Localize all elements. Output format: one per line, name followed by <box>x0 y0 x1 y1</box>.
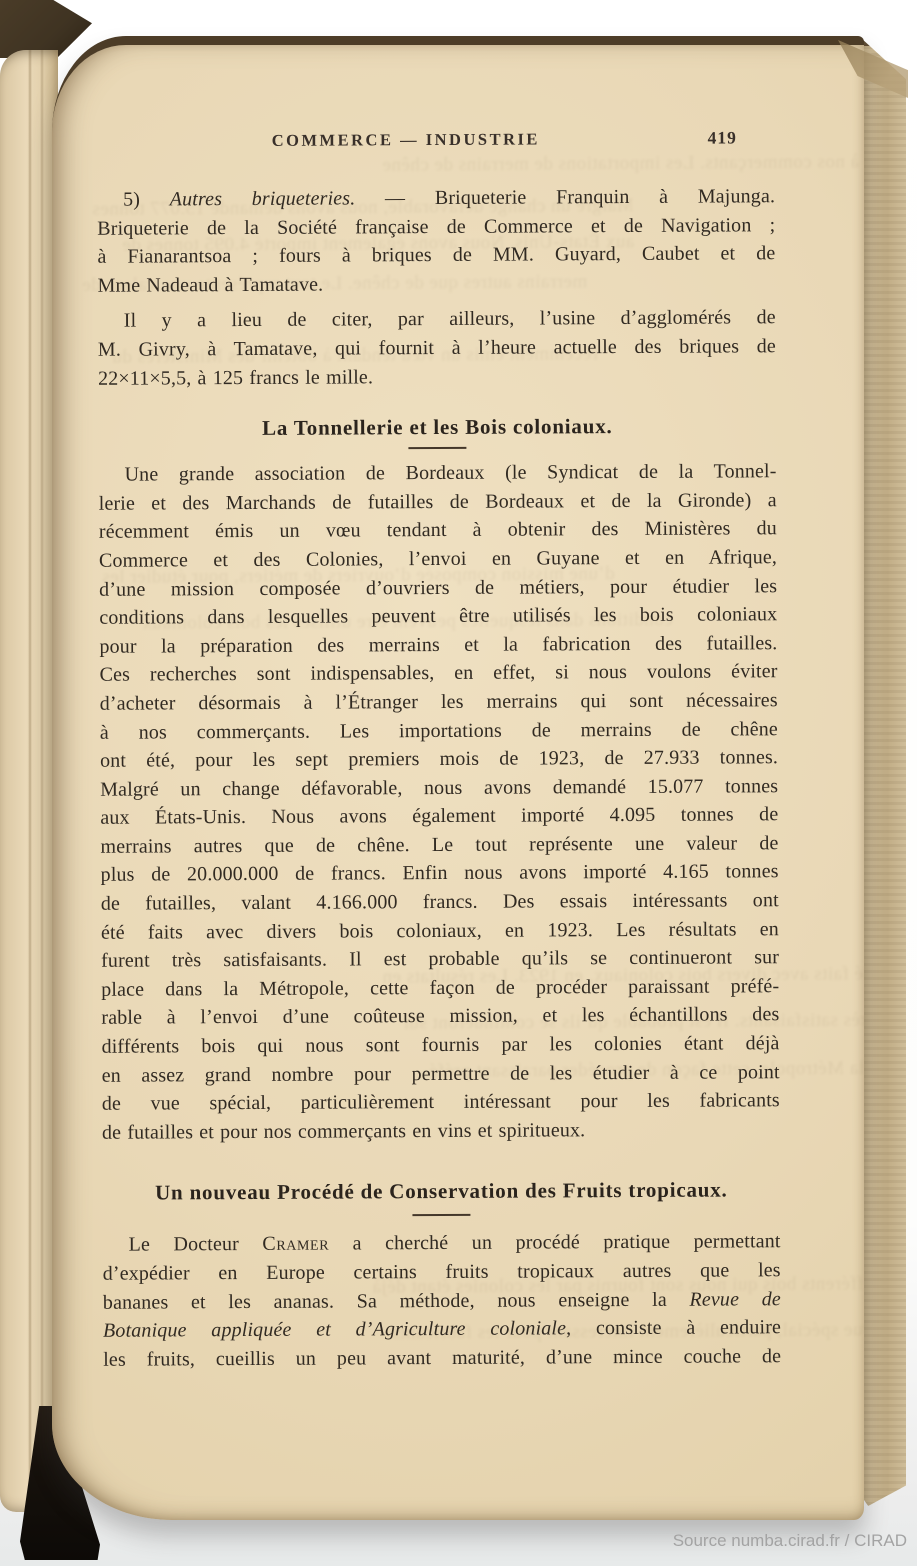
text-line: à Fianarantsoa ; fours à briques de MM. … <box>97 239 775 271</box>
text-line: Il y a lieu de citer, par ailleurs, l’us… <box>98 304 776 336</box>
plain-text: récemment émis un vœu tendant à obtenir … <box>99 518 777 544</box>
running-header: COMMERCE — INDUSTRIE 419 <box>97 128 775 156</box>
plain-text: bananes et les ananas. Sa méthode, nous … <box>103 1288 690 1313</box>
page-edges-left <box>0 50 58 1512</box>
italic-text: Revue de <box>689 1288 781 1310</box>
text-line: d’expédier en Europe certains fruits tro… <box>103 1256 781 1288</box>
text-line: pour la préparation des merrains et la f… <box>99 629 777 661</box>
section-heading: Un nouveau Procédé de Conservation des F… <box>102 1178 780 1207</box>
source-credit: Source numba.cirad.fr / CIRAD <box>673 1531 907 1551</box>
plain-text: M. Givry, à Tamatave, qui fournit à l’he… <box>98 335 776 361</box>
plain-text: Commerce et des Colonies, l’envoi en Guy… <box>99 546 777 572</box>
plain-text: d’expédier en Europe certains fruits tro… <box>103 1259 781 1285</box>
plain-text: de vue spécial, particulièrement intéres… <box>102 1089 780 1115</box>
text-line: de vue spécial, particulièrement intéres… <box>102 1086 780 1118</box>
text-line: plus de 20.000.000 de francs. Enfin nous… <box>101 858 779 890</box>
plain-text: , consiste à enduire <box>566 1316 781 1339</box>
text-line: Une grande association de Bordeaux (le S… <box>98 457 776 489</box>
text-line: 22×11×5,5, à 125 francs le mille. <box>98 361 776 393</box>
plain-text: plus de 20.000.000 de francs. Enfin nous… <box>101 861 779 887</box>
text-line: lerie et des Marchands de futailles de B… <box>99 486 777 518</box>
text-line: furent très satisfaisants. Il est probab… <box>101 943 779 975</box>
plain-text: conditions dans lesquelles peuvent être … <box>99 603 777 629</box>
plain-text: Briqueterie de la Société française de C… <box>97 214 775 240</box>
plain-text: été faits avec divers bois coloniaux, en… <box>101 918 779 944</box>
text-line: ont été, pour les sept premiers mois de … <box>100 743 778 775</box>
plain-text: d’une mission composée d’ouvriers de mét… <box>99 575 777 601</box>
heading-rule <box>408 447 466 449</box>
running-header-title: COMMERCE — INDUSTRIE <box>97 129 715 152</box>
text-line: d’acheter désormais à l’Étranger les mer… <box>100 686 778 718</box>
text-line: conditions dans lesquelles peuvent être … <box>99 600 777 632</box>
plain-text: aux États-Unis. Nous avons également imp… <box>100 804 778 830</box>
plain-text: à Fianarantsoa ; fours à briques de MM. … <box>97 242 775 268</box>
paragraph: 5) Autres briqueteries. — Briqueterie Fr… <box>97 182 776 300</box>
text-line: rable à l’envoi d’une coûteuse mission, … <box>101 1001 779 1033</box>
paragraph: Il y a lieu de citer, par ailleurs, l’us… <box>98 304 776 393</box>
plain-text: Mme Nadeaud à Tamatave. <box>97 273 323 296</box>
italic-text: Botanique appliquée et d’Agriculture col… <box>103 1318 566 1342</box>
plain-text: 5) <box>123 188 170 210</box>
plain-text: ont été, pour les sept premiers mois de … <box>100 746 778 772</box>
text-line: place dans la Métropole, cette façon de … <box>101 972 779 1004</box>
plain-text: en assez grand nombre pour permettre de … <box>102 1061 780 1087</box>
plain-text: a cherché un procédé pratique permettant <box>329 1231 781 1255</box>
text-line: différents bois qui nous sont fournis pa… <box>101 1029 779 1061</box>
plain-text: furent très satisfaisants. Il est probab… <box>101 946 779 972</box>
scanned-book-photo: à nos commerçants. Les importations de m… <box>0 0 917 1566</box>
plain-text: Ces recherches sont indispensables, en e… <box>100 661 778 687</box>
plain-text: les fruits, cueillis un peu avant maturi… <box>103 1345 781 1371</box>
text-line: de futailles, valant 4.166.000 francs. D… <box>101 886 779 918</box>
smallcaps-text: Cramer <box>262 1233 329 1255</box>
italic-text: Autres briqueteries. <box>170 187 356 210</box>
text-line: Briqueterie de la Société française de C… <box>97 211 775 243</box>
plain-text: place dans la Métropole, cette façon de … <box>101 975 779 1001</box>
plain-text: 22×11×5,5, à 125 francs le mille. <box>98 366 373 389</box>
paragraph: Une grande association de Bordeaux (le S… <box>98 457 780 1147</box>
text-line: à nos commerçants. Les importations de m… <box>100 715 778 747</box>
text-line: Malgré un change défavorable, nous avons… <box>100 772 778 804</box>
plain-text: lerie et des Marchands de futailles de B… <box>99 489 777 515</box>
text-line: merrains autres que de chêne. Le tout re… <box>100 829 778 861</box>
plain-text: de futailles et pour nos commerçants en … <box>102 1119 585 1144</box>
text-line: de futailles et pour nos commerçants en … <box>102 1115 780 1147</box>
paragraph: Le Docteur Cramer a cherché un procédé p… <box>103 1228 782 1375</box>
plain-text: rable à l’envoi d’une coûteuse mission, … <box>101 1004 779 1030</box>
text-line: Botanique appliquée et d’Agriculture col… <box>103 1313 781 1345</box>
text-line: en assez grand nombre pour permettre de … <box>102 1058 780 1090</box>
plain-text: différents bois qui nous sont fournis pa… <box>101 1032 779 1058</box>
text-line: d’une mission composée d’ouvriers de mét… <box>99 572 777 604</box>
heading-rule <box>412 1214 470 1216</box>
text-line: M. Givry, à Tamatave, qui fournit à l’he… <box>98 332 776 364</box>
text-line: été faits avec divers bois coloniaux, en… <box>101 915 779 947</box>
text-line: Le Docteur Cramer a cherché un procédé p… <box>103 1228 781 1260</box>
text-line: Mme Nadeaud à Tamatave. <box>97 268 775 300</box>
text-line: récemment émis un vœu tendant à obtenir … <box>99 515 777 547</box>
page-edges-right <box>861 38 906 1506</box>
text-line: les fruits, cueillis un peu avant maturi… <box>103 1342 781 1374</box>
text-line: 5) Autres briqueteries. — Briqueterie Fr… <box>97 182 775 214</box>
text-line: Ces recherches sont indispensables, en e… <box>100 658 778 690</box>
plain-text: pour la préparation des merrains et la f… <box>99 632 777 658</box>
plain-text: — Briqueterie Franquin à Majunga. <box>355 185 775 209</box>
plain-text: Il y a lieu de citer, par ailleurs, l’us… <box>124 307 776 332</box>
plain-text: de futailles, valant 4.166.000 francs. D… <box>101 889 779 915</box>
plain-text: d’acheter désormais à l’Étranger les mer… <box>100 689 778 715</box>
plain-text: à nos commerçants. Les importations de m… <box>100 718 778 744</box>
plain-text: Malgré un change défavorable, nous avons… <box>100 775 778 801</box>
content-flow: 5) Autres briqueteries. — Briqueterie Fr… <box>97 182 781 1374</box>
plain-text: Une grande association de Bordeaux (le S… <box>124 460 776 485</box>
page-text: COMMERCE — INDUSTRIE 419 5) Autres briqu… <box>97 128 781 1374</box>
plain-text: merrains autres que de chêne. Le tout re… <box>100 832 778 858</box>
text-line: aux États-Unis. Nous avons également imp… <box>100 801 778 833</box>
text-line: Commerce et des Colonies, l’envoi en Guy… <box>99 543 777 575</box>
section-heading: La Tonnellerie et les Bois coloniaux. <box>98 413 776 442</box>
text-line: bananes et les ananas. Sa méthode, nous … <box>103 1285 781 1317</box>
plain-text: Le Docteur <box>129 1233 263 1256</box>
page-number: 419 <box>707 127 736 148</box>
